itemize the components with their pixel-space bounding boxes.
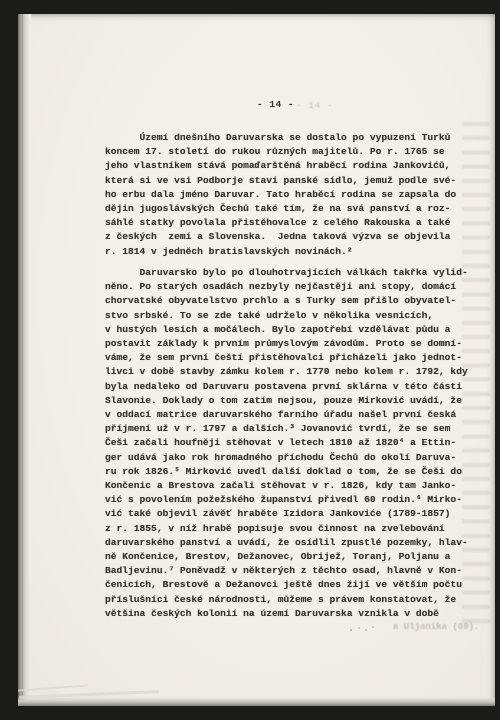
page-stack-bottom-edge xyxy=(18,697,495,706)
bleedthrough-ghost-column xyxy=(462,122,490,632)
paragraph-1: Území dnešního Daruvarska se dostalo po … xyxy=(105,131,456,259)
scanned-document-photo: { "colors": { "background": "#1b1b19", "… xyxy=(0,0,500,720)
page-sheet: - 14 - - 14 - Území dnešního Daruvarska … xyxy=(18,14,495,706)
page-stack-left-edge xyxy=(18,14,32,706)
photo-background: - 14 - - 14 - Území dnešního Daruvarska … xyxy=(0,0,500,720)
paragraph-2: Daruvarsko bylo po dlouhotrvajících válk… xyxy=(105,266,468,621)
page-number: - 14 - xyxy=(257,99,294,110)
page-number-ghost: - 14 - xyxy=(296,100,333,111)
pencil-marks xyxy=(350,626,380,634)
bleedthrough-text-fragment: a Uljanika (89). xyxy=(393,622,479,632)
